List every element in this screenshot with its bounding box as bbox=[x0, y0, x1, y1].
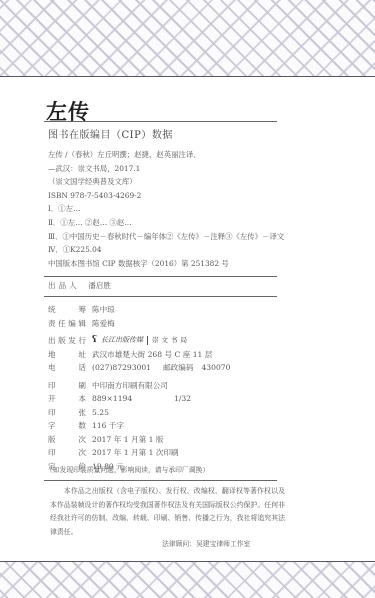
edition-row: 版次 2017 年 1 月第 1 版 bbox=[48, 433, 230, 447]
publisher-group-name: 长江出版传媒 bbox=[101, 334, 143, 348]
publisher-logo: ʕ 长江出版传媒 崇文书局 bbox=[92, 334, 190, 348]
producer-row: 出品人 潘启胜 bbox=[48, 280, 111, 291]
credit-value: 陈爱梅 bbox=[92, 317, 115, 331]
credit-label: 责任编辑 bbox=[48, 317, 86, 331]
phone-label: 电话 bbox=[48, 361, 86, 375]
credit-row: 统筹 陈中琼 bbox=[48, 303, 230, 317]
publication-info: 统筹 陈中琼 责任编辑 陈爱梅 出版发行 ʕ 长江出版传媒 崇文书局 地址 武汉… bbox=[48, 303, 230, 473]
printer-value: 中印南方印刷有限公司 bbox=[92, 379, 168, 393]
credit-label: 统筹 bbox=[48, 303, 86, 317]
address-row: 地址 武汉市雄楚大街 268 号 C 座 11 层 bbox=[48, 348, 230, 362]
cip-line: 左传 /（春秋）左丘明撰；赵捷、赵英丽注译． bbox=[48, 148, 284, 162]
credit-row: 责任编辑 陈爱梅 bbox=[48, 317, 230, 331]
quality-note: （如发现印装质量问题，影响阅读，请与承印厂调换） bbox=[46, 464, 209, 474]
producer-value: 潘启胜 bbox=[88, 281, 111, 290]
cip-line: 中国版本图书馆 CIP 数据核字（2016）第 251382 号 bbox=[48, 257, 284, 271]
cip-line: Ⅱ．①左… ②赵… ③赵… bbox=[48, 216, 284, 230]
publisher-logo-icon: ʕ bbox=[92, 334, 97, 348]
producer-label: 出品人 bbox=[48, 281, 80, 290]
wordcount-label: 字数 bbox=[48, 419, 86, 433]
wordcount-row: 字数 116 千字 bbox=[48, 419, 230, 433]
phone-value: (027)87293001 bbox=[92, 361, 151, 375]
title-divider bbox=[44, 121, 277, 122]
edition-label: 版次 bbox=[48, 433, 86, 447]
cip-data-block: 左传 /（春秋）左丘明撰；赵捷、赵英丽注译． —武汉：崇文书局，2017.1 （… bbox=[48, 148, 284, 270]
printer-label: 印刷 bbox=[48, 379, 86, 393]
postcode-value: 430070 bbox=[201, 361, 230, 375]
format-label: 开本 bbox=[48, 392, 86, 406]
cip-line: （崇文国学经典普及文库） bbox=[48, 175, 284, 189]
postcode-label: 邮政编码 bbox=[163, 361, 193, 375]
publisher-house-name: 崇文书局 bbox=[152, 334, 190, 348]
address-label: 地址 bbox=[48, 348, 86, 362]
publisher-row: 出版发行 ʕ 长江出版传媒 崇文书局 bbox=[48, 334, 230, 348]
format-row: 开本 889×1194 1/32 bbox=[48, 392, 230, 406]
cip-line: Ⅲ．①中国历史－春秋时代－编年体②《左传》－注释③《左传》－译文 bbox=[48, 230, 284, 244]
bottom-fret-border-pattern bbox=[0, 561, 375, 598]
top-fret-border-pattern bbox=[0, 0, 375, 77]
printer-row: 印刷 中印南方印刷有限公司 bbox=[48, 379, 230, 393]
impression-row: 印次 2017 年 1 月第 1 次印刷 bbox=[48, 446, 230, 460]
edition-value: 2017 年 1 月第 1 版 bbox=[92, 433, 163, 447]
impression-value: 2017 年 1 月第 1 次印刷 bbox=[92, 446, 179, 460]
impression-label: 印次 bbox=[48, 446, 86, 460]
format-value: 889×1194 bbox=[92, 392, 174, 406]
cip-heading: 图书在版编目（CIP）数据 bbox=[48, 126, 173, 141]
producer-divider bbox=[44, 296, 277, 297]
legal-counsel: 法律顾问：吴建宝律师工作室 bbox=[162, 538, 250, 548]
cip-line: Ⅳ．①K225.04 bbox=[48, 243, 284, 257]
cip-line: Ⅰ．①左… bbox=[48, 202, 284, 216]
wordcount-value: 116 千字 bbox=[92, 419, 124, 433]
publisher-label: 出版发行 bbox=[48, 334, 86, 348]
credit-value: 陈中琼 bbox=[92, 303, 115, 317]
info-divider bbox=[44, 480, 277, 481]
cip-line: —武汉：崇文书局，2017.1 bbox=[48, 162, 284, 176]
phone-row: 电话 (027)87293001 邮政编码 430070 bbox=[48, 361, 230, 375]
sheets-value: 5.25 bbox=[92, 406, 109, 420]
cip-line: ISBN 978-7-5403-4269-2 bbox=[48, 189, 284, 203]
logo-separator bbox=[147, 336, 148, 345]
address-value: 武汉市雄楚大街 268 号 C 座 11 层 bbox=[92, 348, 212, 362]
cip-divider bbox=[44, 276, 277, 277]
sheets-label: 印张 bbox=[48, 406, 86, 420]
copyright-statement: 本作品之出版权（含电子版权）、发行权、改编权、翻译权等著作权以及本作品装帧设计的… bbox=[50, 485, 285, 539]
format-fraction: 1/32 bbox=[174, 392, 191, 406]
sheets-row: 印张 5.25 bbox=[48, 406, 230, 420]
